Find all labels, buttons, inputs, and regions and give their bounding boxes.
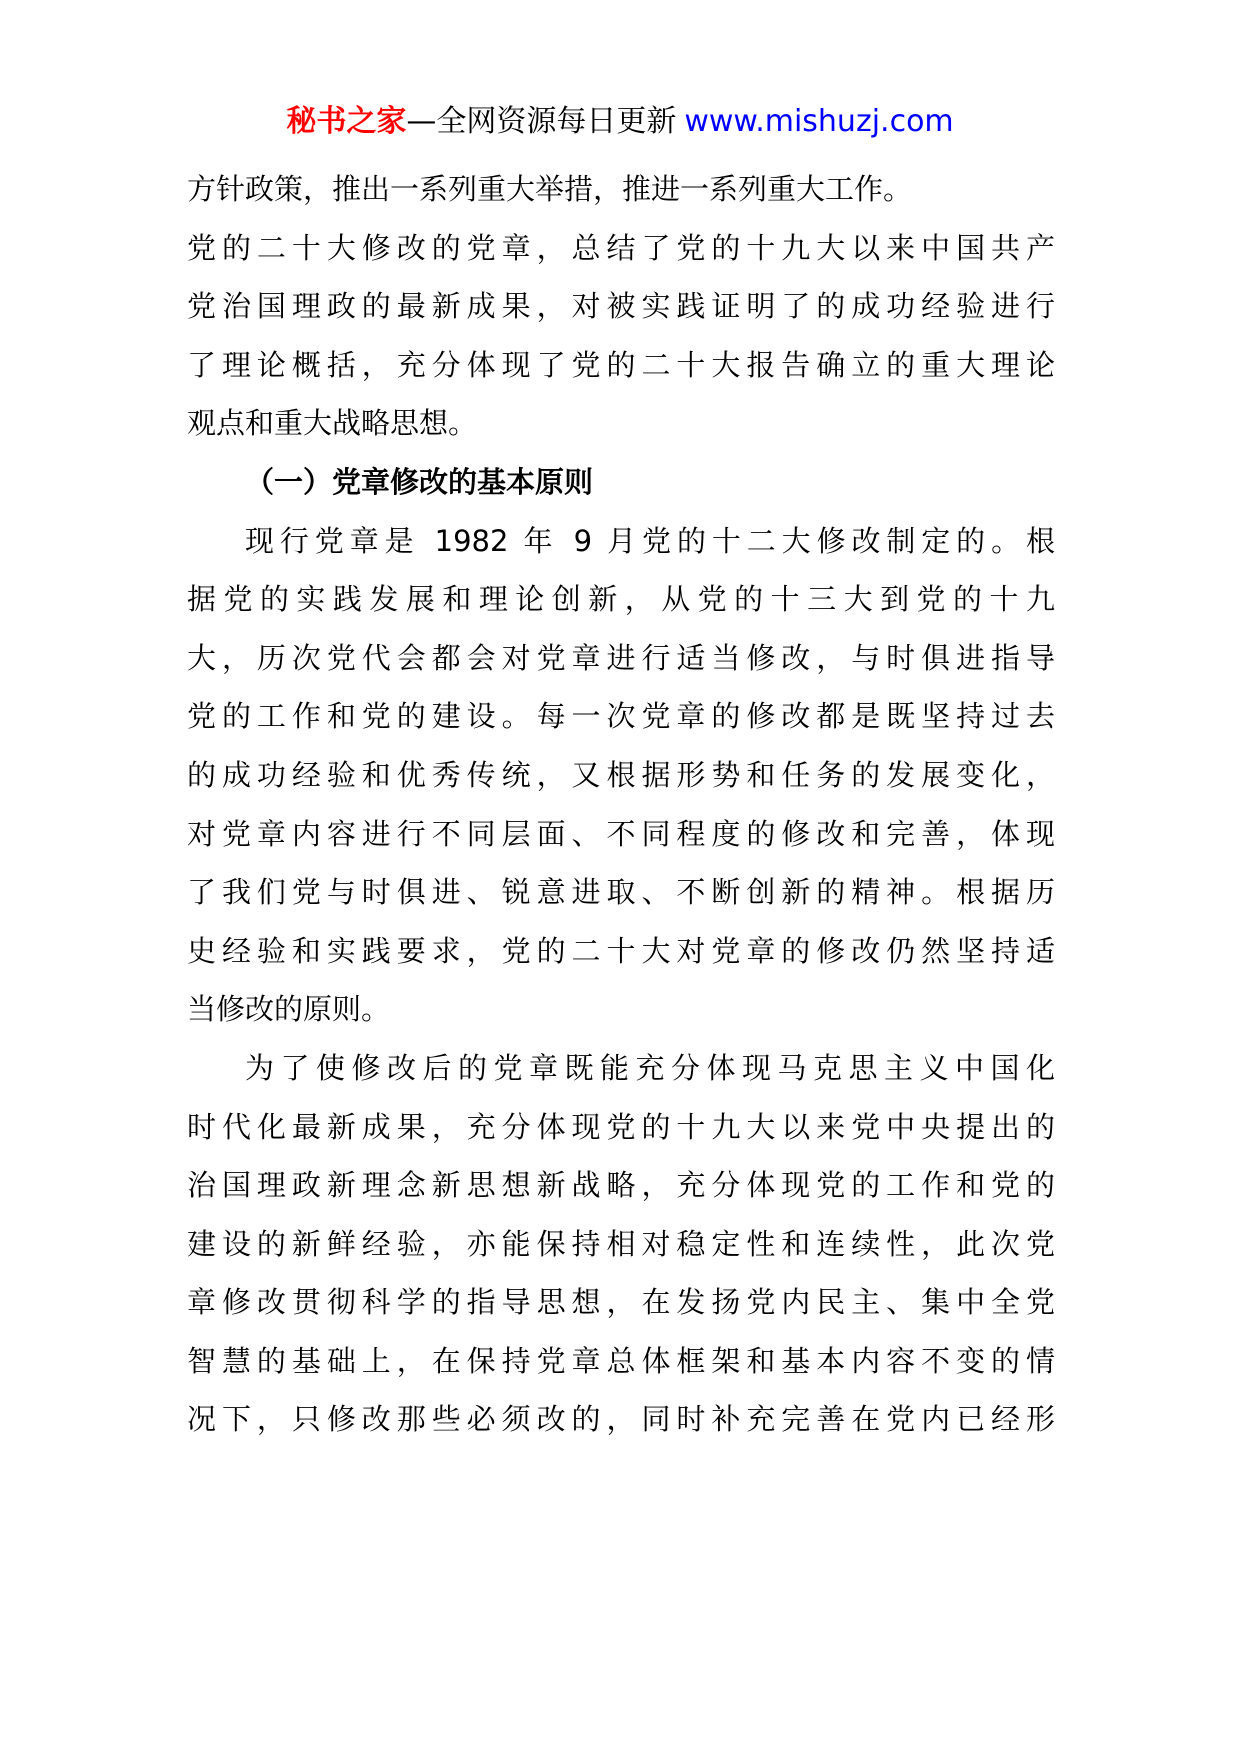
section-heading: （一）党章修改的基本原则 xyxy=(187,453,1055,512)
text-line: 了我们党与时俱进、锐意进取、不断创新的精神。根据历 xyxy=(187,863,1055,922)
brand-name: 秘书之家 xyxy=(286,104,406,139)
paragraph-first-line: 为了使修改后的党章既能充分体现马克思主义中国化 xyxy=(187,1039,1055,1098)
text-line: 对党章内容进行不同层面、不同程度的修改和完善，体现 xyxy=(187,805,1055,864)
text-line: 况下，只修改那些必须改的，同时补充完善在党内已经形 xyxy=(187,1390,1055,1449)
text-line: 方针政策，推出一系列重大举措，推进一系列重大工作。 xyxy=(187,160,1055,219)
text-line: 章修改贯彻科学的指导思想，在发扬党内民主、集中全党 xyxy=(187,1273,1055,1332)
header-tagline: —全网资源每日更新 xyxy=(406,104,676,139)
text-line: 治国理政新理念新思想新战略，充分体现党的工作和党的 xyxy=(187,1156,1055,1215)
text-line: 党的工作和党的建设。每一次党章的修改都是既坚持过去 xyxy=(187,687,1055,746)
text-line: 的成功经验和优秀传统，又根据形势和任务的发展变化， xyxy=(187,746,1055,805)
text-line: 当修改的原则。 xyxy=(187,980,1055,1039)
text-line: 了理论概括，充分体现了党的二十大报告确立的重大理论 xyxy=(187,336,1055,395)
site-url-link[interactable]: www.mishuzj.com xyxy=(684,104,953,139)
text-line: 大，历次党代会都会对党章进行适当修改，与时俱进指导 xyxy=(187,629,1055,688)
text-line: 时代化最新成果，充分体现党的十九大以来党中央提出的 xyxy=(187,1098,1055,1157)
paragraph-first-line: 现行党章是 1982 年 9 月党的十二大修改制定的。根 xyxy=(187,512,1055,571)
text-line: 史经验和实践要求，党的二十大对党章的修改仍然坚持适 xyxy=(187,922,1055,981)
text-line: 据党的实践发展和理论创新，从党的十三大到党的十九 xyxy=(187,570,1055,629)
text-line: 党治国理政的最新成果，对被实践证明了的成功经验进行 xyxy=(187,277,1055,336)
text-line: 党的二十大修改的党章，总结了党的十九大以来中国共产 xyxy=(187,219,1055,278)
site-header-banner: 秘书之家—全网资源每日更新www.mishuzj.com xyxy=(0,102,1240,142)
text-line: 观点和重大战略思想。 xyxy=(187,394,1055,453)
document-body: 方针政策，推出一系列重大举措，推进一系列重大工作。 党的二十大修改的党章，总结了… xyxy=(187,160,1055,1449)
text-line: 智慧的基础上，在保持党章总体框架和基本内容不变的情 xyxy=(187,1332,1055,1391)
text-line: 建设的新鲜经验，亦能保持相对稳定性和连续性，此次党 xyxy=(187,1215,1055,1274)
